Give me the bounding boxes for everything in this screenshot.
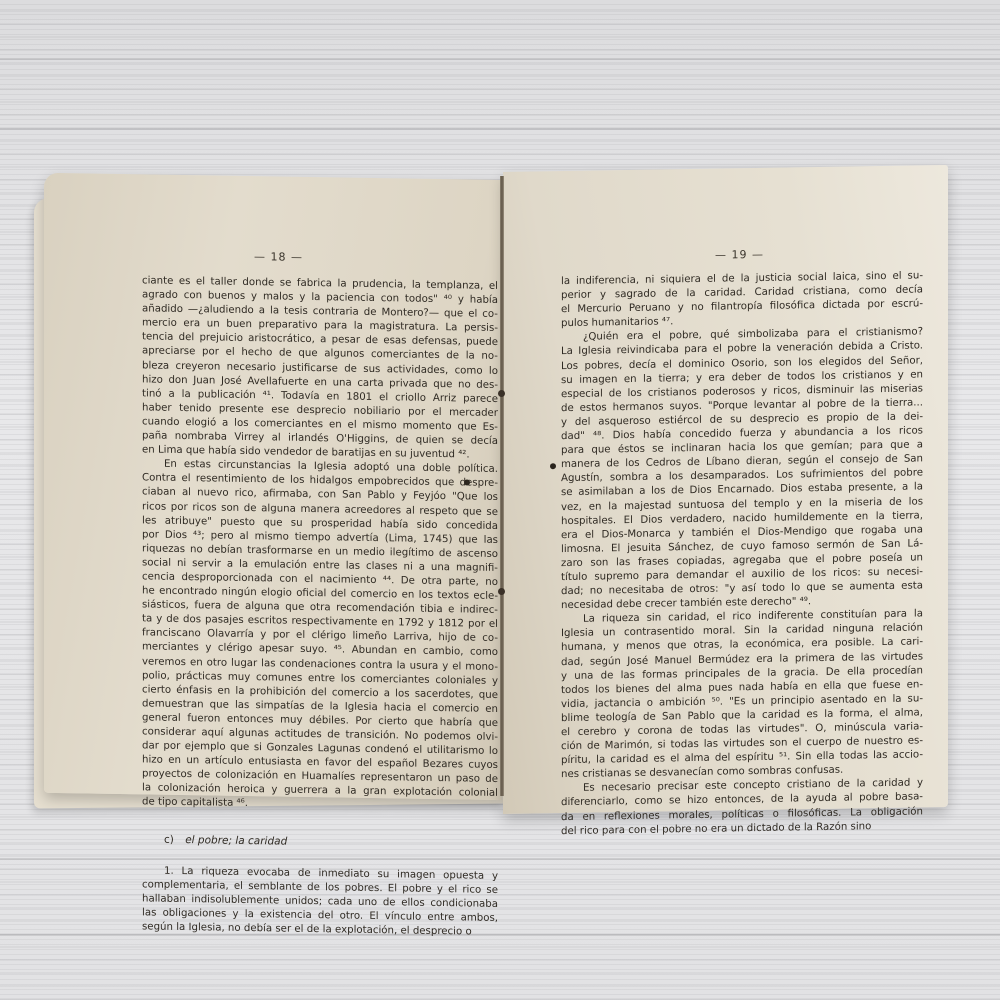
paragraph: Es necesario precisar este concepto cris… [561, 777, 923, 839]
paragraph: La riqueza sin caridad, el rico indifere… [561, 608, 923, 783]
page-number: — 18 — [254, 250, 303, 264]
page-number: — 19 — [715, 248, 764, 262]
right-page-body: la indiferencia, ni siquiera el de la ju… [561, 269, 923, 838]
left-page-body: ciante es el taller donde se fabrica la … [142, 274, 498, 940]
binding-staple [498, 588, 505, 595]
binding-hole [550, 463, 556, 469]
right-page: — 19 — la indiferencia, ni siquiera el d… [503, 165, 948, 814]
paragraph: ¿Quién era el pobre, qué simbolizaba par… [561, 326, 923, 614]
paragraph: 1. La riqueza evocaba de inmediato su im… [142, 864, 498, 940]
section-marker: c) [164, 833, 174, 845]
paragraph: ciante es el taller donde se fabrica la … [142, 274, 498, 463]
section-title: el pobre; la caridad [185, 834, 287, 848]
book-spine-gutter [500, 176, 504, 796]
paragraph: la indiferencia, ni siquiera el de la ju… [561, 269, 923, 331]
paragraph: En estas circunstancias la Iglesia adopt… [142, 458, 498, 816]
section-heading: c) el pobre; la caridad [164, 832, 498, 851]
binding-staple [498, 390, 505, 397]
open-booklet: — 18 — ciante es el taller donde se fabr… [0, 0, 1000, 1000]
left-page: — 18 — ciante es el taller donde se fabr… [44, 173, 502, 800]
